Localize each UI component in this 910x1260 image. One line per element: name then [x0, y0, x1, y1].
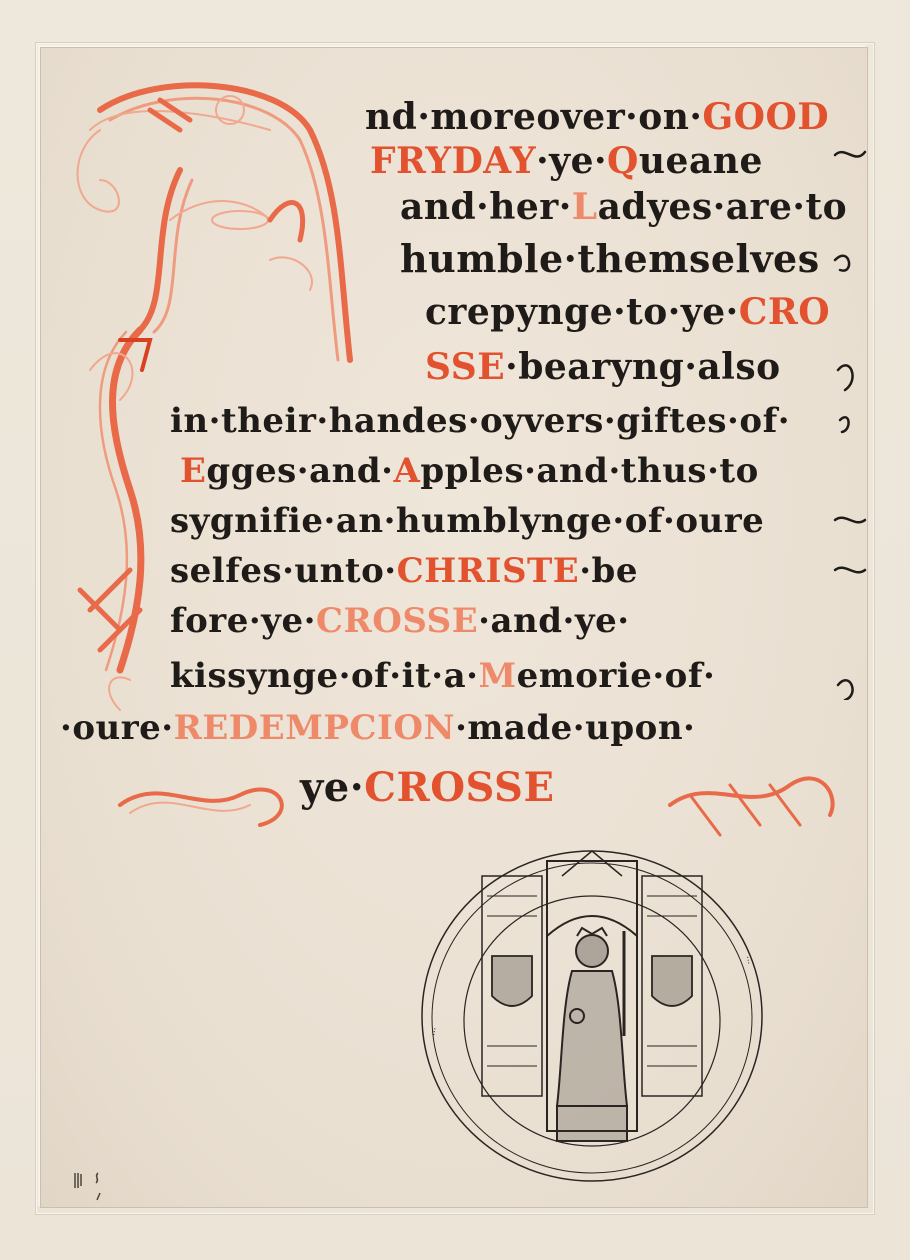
- royal-seal-drawing: ... ...: [412, 836, 772, 1196]
- closing-flourishes-icon: [110, 765, 870, 845]
- text-line-5: crepynge·to·ye·CRO: [425, 291, 830, 333]
- text-line-13: ·oure·REDEMPCION·made·upon·: [60, 708, 695, 748]
- text-line-3: and·her·Ladyes·are·to: [400, 186, 847, 228]
- text-line-4: humble·themselves: [400, 236, 820, 281]
- text-line-11: fore·ye·CROSSE·and·ye·: [170, 601, 630, 641]
- text-line-2: FRYDAY·ye·Queane: [370, 140, 763, 182]
- text-line-8: Egges·and·Apples·and·thus·to: [180, 451, 759, 491]
- text-line-9: sygnifie·an·humblynge·of·oure: [170, 501, 764, 541]
- text-line-7: in·their·handes·oyvers·giftes·of·: [170, 401, 790, 441]
- pencil-marks-icon: [70, 1168, 110, 1208]
- text-line-6: SSE·bearyng·also: [425, 346, 781, 388]
- margin-ornaments-icon: [830, 140, 870, 700]
- text-line-10: selfes·unto·CHRISTE·be: [170, 551, 638, 591]
- text-line-1: nd·moreover·on·GOOD: [365, 96, 829, 138]
- seal-legend-left: ...: [427, 1026, 438, 1036]
- text-line-12: kissynge·of·it·a·Memorie·of·: [170, 656, 715, 696]
